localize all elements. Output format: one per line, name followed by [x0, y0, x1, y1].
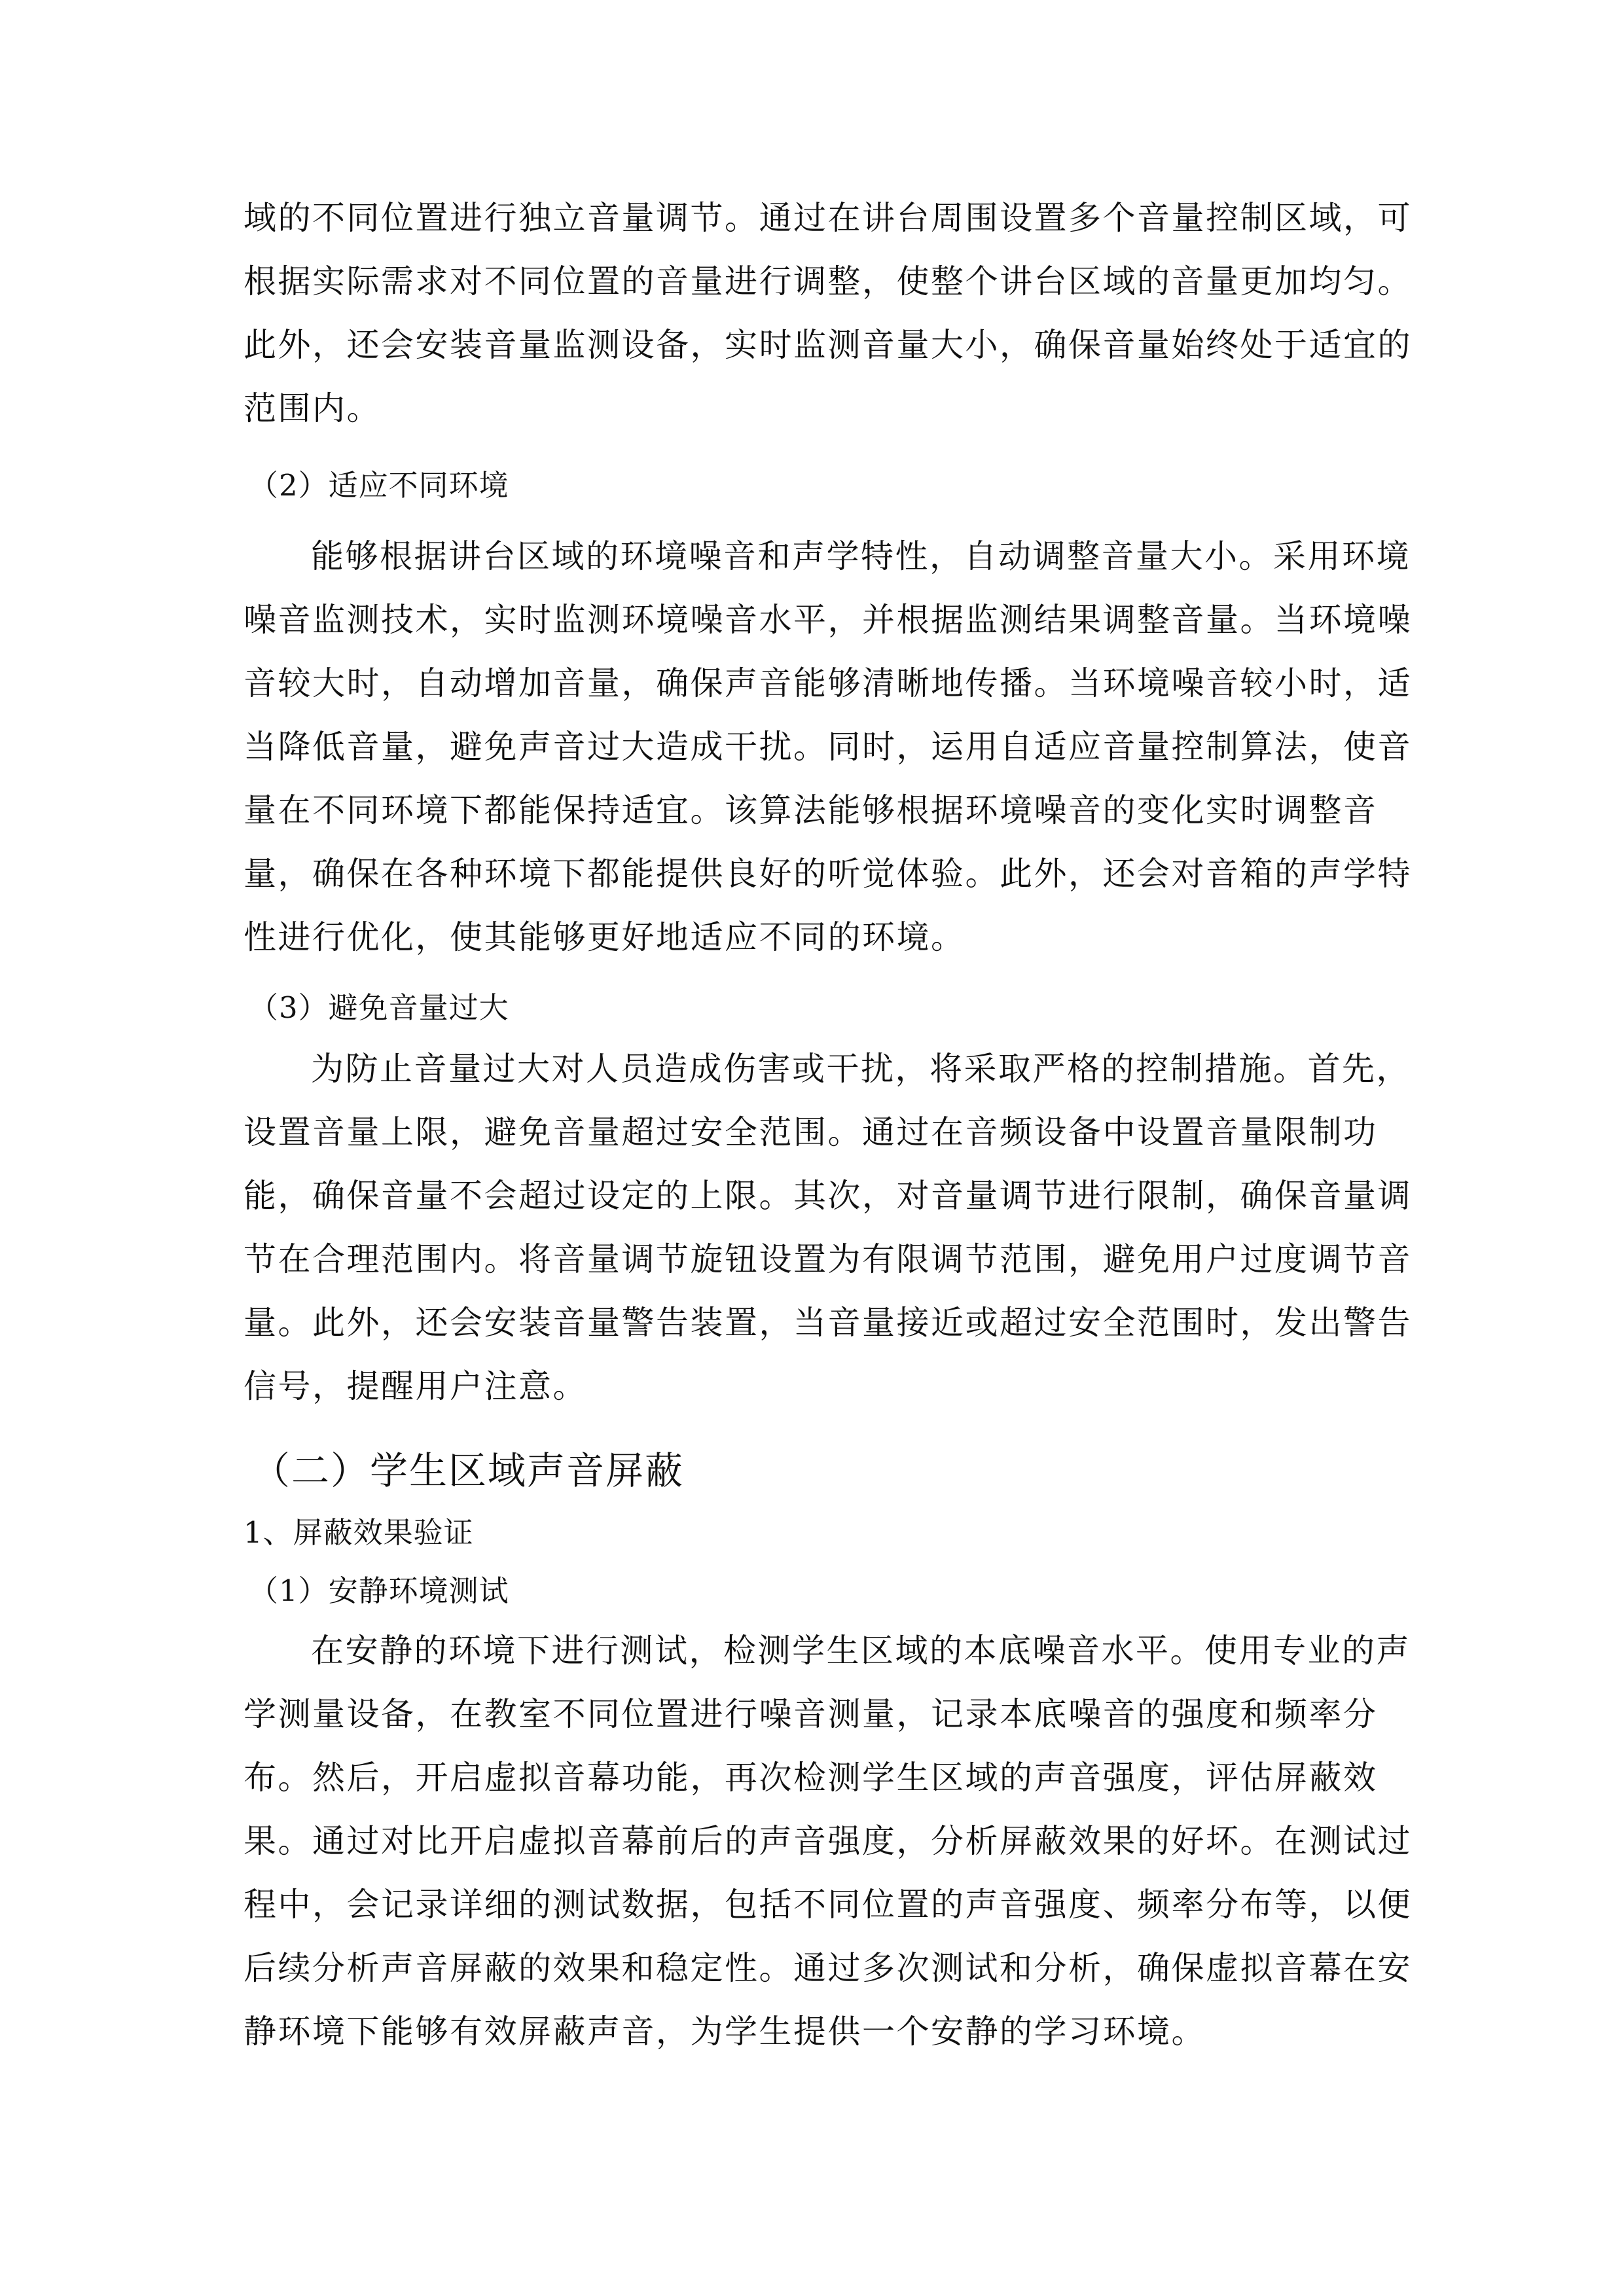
paragraph-line: 静环境下能够有效屏蔽声音，为学生提供一个安静的学习环境。	[244, 2012, 1376, 2051]
paragraph-line: 量在不同环境下都能保持适宜。该算法能够根据环境噪音的变化实时调整音	[244, 791, 1376, 830]
paragraph-line: 性进行优化，使其能够更好地适应不同的环境。	[244, 918, 1376, 957]
paragraph-line: 果。通过对比开启虚拟音幕前后的声音强度，分析屏蔽效果的好坏。在测试过	[244, 1821, 1376, 1861]
subsection-heading-avoid-excessive-volume: （3）避免音量过大	[249, 990, 509, 1026]
subsection-heading-adapt-environment: （2）适应不同环境	[249, 467, 509, 504]
paragraph-line: 能够根据讲台区域的环境噪音和声学特性，自动调整音量大小。采用环境	[311, 537, 1376, 576]
paragraph-line: 程中，会记录详细的测试数据，包括不同位置的声音强度、频率分布等，以便	[244, 1885, 1376, 1924]
document-page: 域的不同位置进行独立音量调节。通过在讲台周围设置多个音量控制区域，可 根据实际需…	[0, 0, 1624, 2296]
paragraph-line: 量，确保在各种环境下都能提供良好的听觉体验。此外，还会对音箱的声学特	[244, 854, 1376, 893]
paragraph-line: 节在合理范围内。将音量调节旋钮设置为有限调节范围，避免用户过度调节音	[244, 1240, 1376, 1279]
subsection-heading-quiet-environment-test: （1）安静环境测试	[249, 1573, 509, 1609]
paragraph-line: 学测量设备，在教室不同位置进行噪音测量，记录本底噪音的强度和频率分	[244, 1695, 1376, 1734]
paragraph-line: 后续分析声音屏蔽的效果和稳定性。通过多次测试和分析，确保虚拟音幕在安	[244, 1948, 1376, 1988]
paragraph-line: 能，确保音量不会超过设定的上限。其次，对音量调节进行限制，确保音量调	[244, 1176, 1376, 1215]
paragraph-line: 噪音监测技术，实时监测环境噪音水平，并根据监测结果调整音量。当环境噪	[244, 600, 1376, 639]
paragraph-line: 为防止音量过大对人员造成伤害或干扰，将采取严格的控制措施。首先，	[311, 1049, 1376, 1088]
paragraph-line: 范围内。	[244, 389, 1376, 428]
paragraph-line: 根据实际需求对不同位置的音量进行调整，使整个讲台区域的音量更加均匀。	[244, 262, 1376, 301]
paragraph-line: 在安静的环境下进行测试，检测学生区域的本底噪音水平。使用专业的声	[311, 1631, 1376, 1670]
section-heading-student-area-sound-shielding: （二）学生区域声音屏蔽	[252, 1448, 684, 1494]
paragraph-line: 信号，提醒用户注意。	[244, 1367, 1376, 1406]
paragraph-line: 音较大时，自动增加音量，确保声音能够清晰地传播。当环境噪音较小时，适	[244, 664, 1376, 703]
paragraph-line: 布。然后，开启虚拟音幕功能，再次检测学生区域的声音强度，评估屏蔽效	[244, 1758, 1376, 1797]
paragraph-line: 域的不同位置进行独立音量调节。通过在讲台周围设置多个音量控制区域，可	[244, 198, 1376, 238]
paragraph-line: 设置音量上限，避免音量超过安全范围。通过在音频设备中设置音量限制功	[244, 1113, 1376, 1152]
paragraph-line: 此外，还会安装音量监测设备，实时监测音量大小，确保音量始终处于适宜的	[244, 325, 1376, 365]
item-heading-shielding-effect-verification: 1、屏蔽效果验证	[244, 1515, 474, 1551]
paragraph-line: 量。此外，还会安装音量警告装置，当音量接近或超过安全范围时，发出警告	[244, 1303, 1376, 1342]
paragraph-line: 当降低音量，避免声音过大造成干扰。同时，运用自适应音量控制算法，使音	[244, 727, 1376, 766]
